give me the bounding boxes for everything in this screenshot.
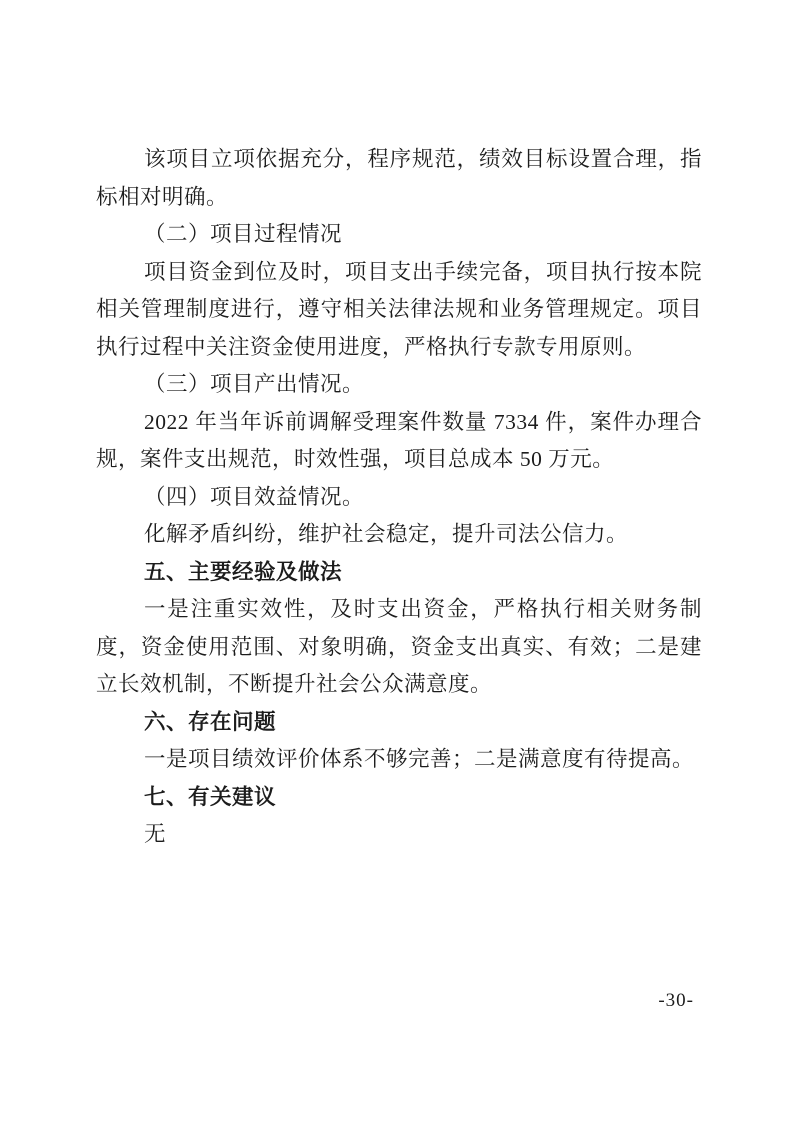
- page-number: -30-: [658, 989, 694, 1013]
- subsection-heading: （二）项目过程情况: [96, 216, 702, 254]
- paragraph: 无: [96, 816, 702, 854]
- paragraph: 2022 年当年诉前调解受理案件数量 7334 件，案件办理合规，案件支出规范，…: [96, 404, 702, 479]
- subsection-heading: （四）项目效益情况。: [96, 479, 702, 517]
- document-page: 该项目立项依据充分，程序规范，绩效目标设置合理，指标相对明确。 （二）项目过程情…: [0, 0, 793, 1122]
- paragraph: 一是注重实效性，及时支出资金，严格执行相关财务制度，资金使用范围、对象明确，资金…: [96, 591, 702, 704]
- section-heading: 五、主要经验及做法: [96, 554, 702, 592]
- section-heading: 六、存在问题: [96, 704, 702, 742]
- paragraph: 一是项目绩效评价体系不够完善；二是满意度有待提高。: [96, 741, 702, 779]
- section-heading: 七、有关建议: [96, 779, 702, 817]
- subsection-heading: （三）项目产出情况。: [96, 366, 702, 404]
- paragraph: 项目资金到位及时，项目支出手续完备，项目执行按本院相关管理制度进行，遵守相关法律…: [96, 254, 702, 367]
- text-block: 该项目立项依据充分，程序规范，绩效目标设置合理，指标相对明确。 （二）项目过程情…: [96, 141, 702, 854]
- paragraph: 化解矛盾纠纷，维护社会稳定，提升司法公信力。: [96, 516, 702, 554]
- paragraph: 该项目立项依据充分，程序规范，绩效目标设置合理，指标相对明确。: [96, 141, 702, 216]
